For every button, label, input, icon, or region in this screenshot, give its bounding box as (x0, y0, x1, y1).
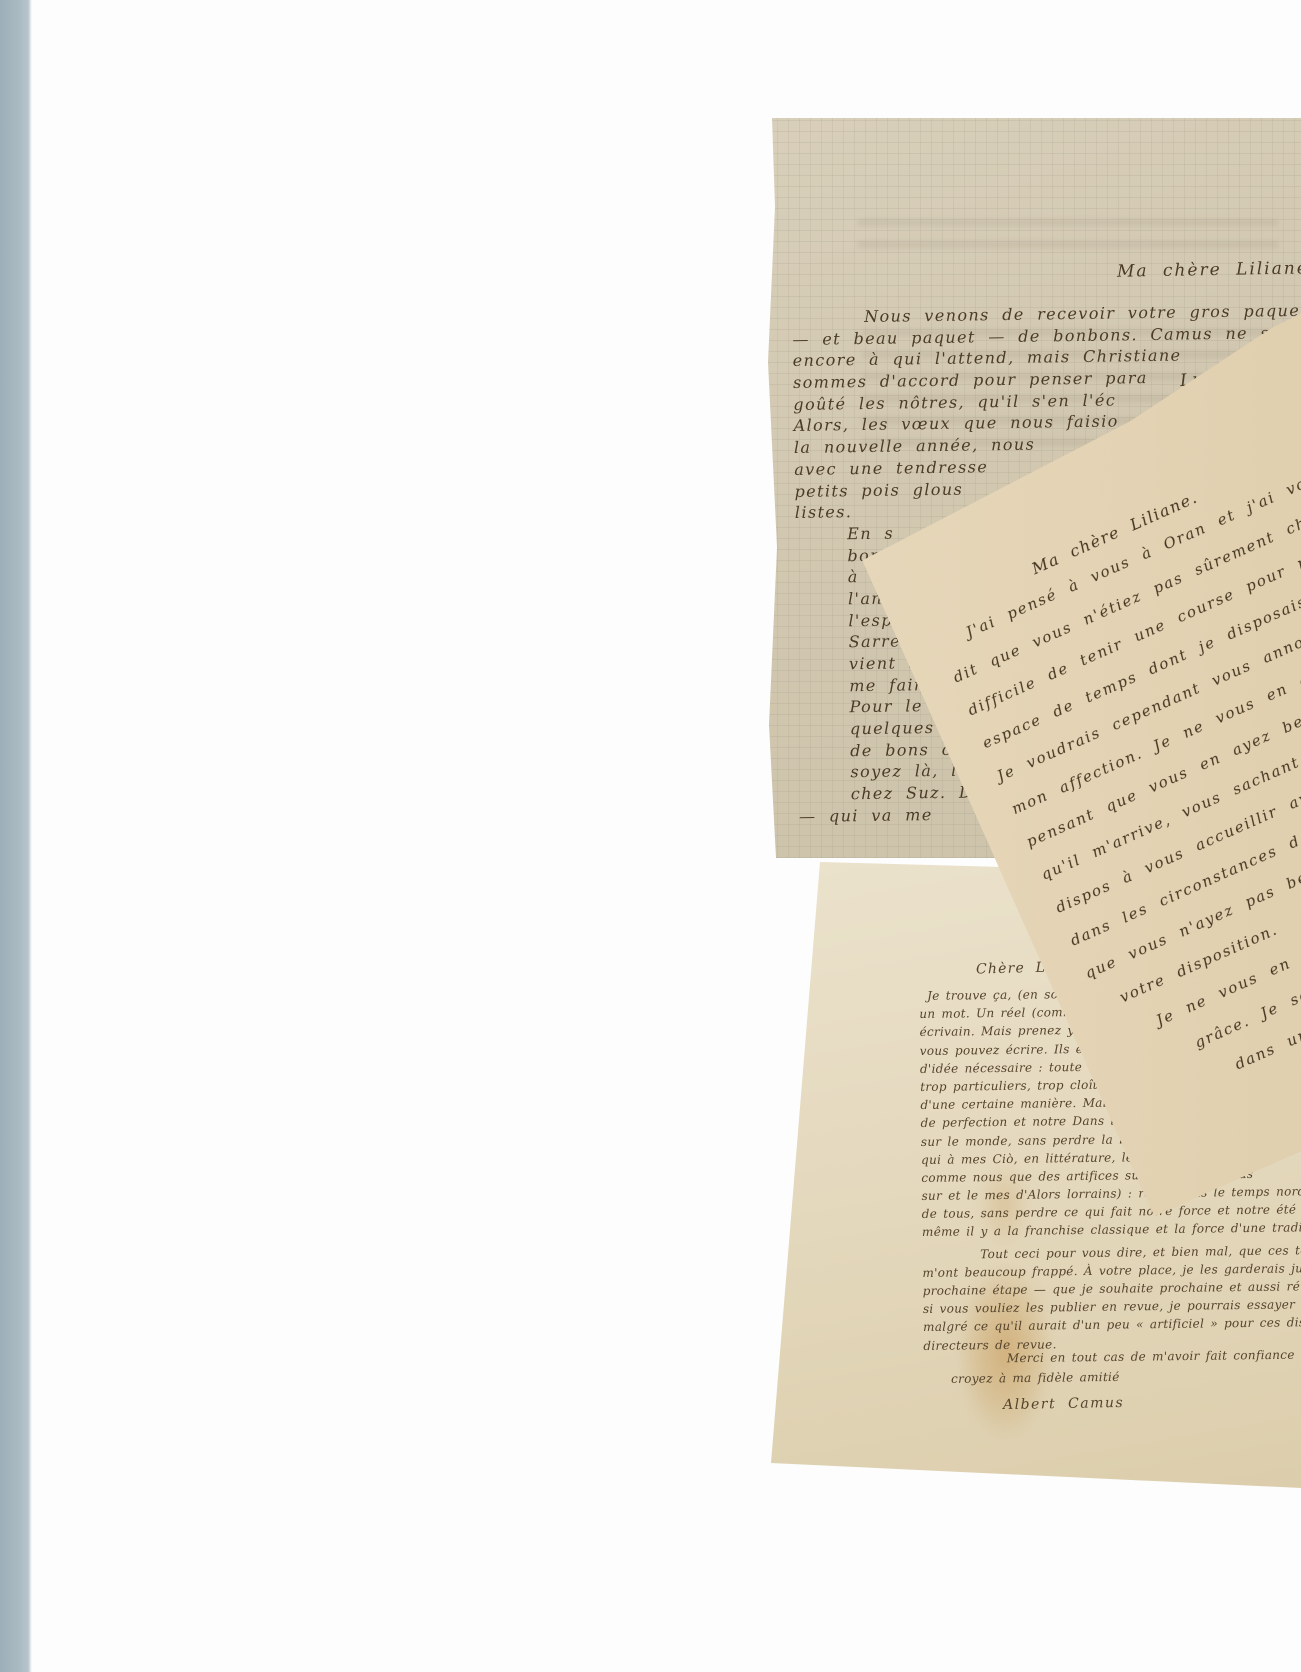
left-margin-stripe (0, 0, 32, 1672)
ink-bleed-through (858, 218, 1278, 248)
photo-canvas: Ma chère Liliane, Nous venons de recevoi… (0, 0, 1301, 1672)
letter3-closing: Merci en tout cas de m'avoir fait confia… (919, 1348, 1299, 1393)
letter3-closing-line: croyez à ma fidèle amitié (919, 1368, 1299, 1393)
letter1-heading: Ma chère Liliane, (1117, 258, 1301, 281)
letter3-line: même il y a la franchise classique et la… (922, 1221, 1301, 1244)
letter3-signature: Albert Camus (1003, 1395, 1124, 1413)
